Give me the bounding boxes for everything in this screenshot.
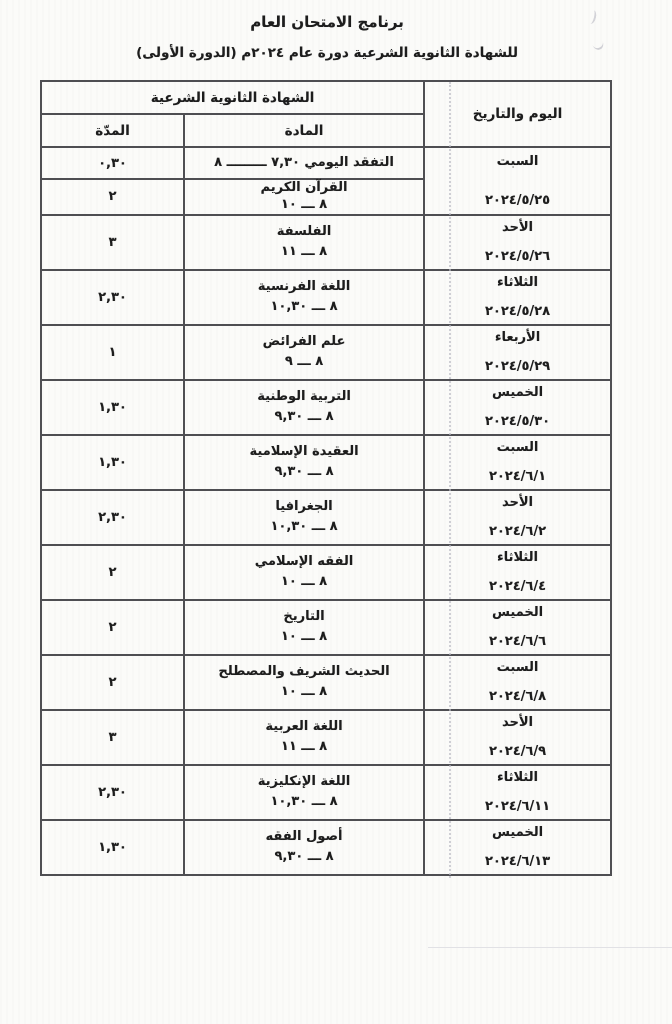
day-date-cell: الأربعاء٢٠٢٤/٥/٢٩ (424, 325, 611, 380)
subject-name: اللغة العربية (185, 719, 423, 735)
subject-cell: القرآن الكريم٨ ـــ ١٠ (184, 179, 424, 215)
table-row: الخميس٢٠٢٤/٥/٣٠التربية الوطنية٨ ـــ ٩,٣٠… (41, 380, 611, 435)
subject-name: علم الفرائض (185, 334, 423, 350)
table-row: الخميس٢٠٢٤/٦/٦التاريخ٨ ـــ ١٠٢ (41, 600, 611, 655)
duration-cell: ٠,٣٠ (41, 147, 184, 179)
table-row: الأحد٢٠٢٤/٦/٢الجغرافيا٨ ـــ ١٠,٣٠٢,٣٠ (41, 490, 611, 545)
exam-time: ٨ ـــ ١١ (185, 244, 423, 260)
day-name: الأحد (425, 715, 610, 730)
date-value: ٢٠٢٤/٦/٩ (425, 744, 610, 759)
subject-cell: الفلسفة٨ ـــ ١١ (184, 215, 424, 270)
date-value: ٢٠٢٤/٦/٢ (425, 524, 610, 539)
day-name: الخميس (425, 605, 610, 620)
header-subject: المادة (184, 114, 424, 147)
duration-cell: ١,٣٠ (41, 380, 184, 435)
table-row: الأحد٢٠٢٤/٥/٢٦الفلسفة٨ ـــ ١١٣ (41, 215, 611, 270)
day-name: الأحد (425, 220, 610, 235)
exam-time: ٨ ـــ ٩ (185, 354, 423, 370)
header-duration: المدّة (41, 114, 184, 147)
day-name: السبت (425, 440, 610, 455)
table-row: الثلاثاء٢٠٢٤/٦/١١اللغة الإنكليزية٨ ـــ ١… (41, 765, 611, 820)
subject-cell: اللغة الفرنسية٨ ـــ ١٠,٣٠ (184, 270, 424, 325)
subject-name: الحديث الشريف والمصطلح (185, 664, 423, 680)
exam-time: ٨ ـــ ٩,٣٠ (185, 849, 423, 865)
day-name: الخميس (425, 825, 610, 840)
duration-cell: ٢ (41, 655, 184, 710)
table-row: الأحد٢٠٢٤/٦/٩اللغة العربية٨ ـــ ١١٣ (41, 710, 611, 765)
day-date-cell: الخميس٢٠٢٤/٥/٣٠ (424, 380, 611, 435)
table-row: السبت٢٠٢٤/٦/٨الحديث الشريف والمصطلح٨ ـــ… (41, 655, 611, 710)
table-row: الأربعاء٢٠٢٤/٥/٢٩علم الفرائض٨ ـــ ٩١ (41, 325, 611, 380)
subject-name: الجغرافيا (185, 499, 423, 515)
day-name: الثلاثاء (425, 275, 610, 290)
document-title: برنامج الامتحان العام (42, 13, 612, 31)
subject-name: الفلسفة (185, 224, 423, 240)
day-date-cell: الخميس٢٠٢٤/٦/١٣ (424, 820, 611, 875)
header-row-top: اليوم والتاريخ الشهادة الثانوية الشرعية (41, 81, 611, 114)
duration-cell: ١,٣٠ (41, 435, 184, 490)
duration-cell: ٣ (41, 215, 184, 270)
date-value: ٢٠٢٤/٦/١١ (425, 799, 610, 814)
subject-cell: اللغة الإنكليزية٨ ـــ ١٠,٣٠ (184, 765, 424, 820)
scan-stray-line-artifact (428, 947, 672, 948)
exam-time: ٨ ـــ ١٠ (185, 684, 423, 700)
duration-cell: ٢ (41, 545, 184, 600)
subject-name: اللغة الإنكليزية (185, 774, 423, 790)
day-date-cell: الخميس٢٠٢٤/٦/٦ (424, 600, 611, 655)
table-row: الخميس٢٠٢٤/٦/١٣أصول الفقه٨ ـــ ٩,٣٠١,٣٠ (41, 820, 611, 875)
day-name: السبت (425, 154, 610, 169)
duration-cell: ٢,٣٠ (41, 765, 184, 820)
date-value: ٢٠٢٤/٥/٢٨ (425, 304, 610, 319)
subject-cell: علم الفرائض٨ ـــ ٩ (184, 325, 424, 380)
table-row: الثلاثاء٢٠٢٤/٥/٢٨اللغة الفرنسية٨ ـــ ١٠,… (41, 270, 611, 325)
table-row: الثلاثاء٢٠٢٤/٦/٤الفقه الإسلامي٨ ـــ ١٠٢ (41, 545, 611, 600)
duration-cell: ٢ (41, 600, 184, 655)
exam-time: ٨ ـــ ٩,٣٠ (185, 464, 423, 480)
exam-time: ٨ ـــ ١٠,٣٠ (185, 299, 423, 315)
document-subtitle: للشهادة الثانوية الشرعية دورة عام ٢٠٢٤م … (42, 45, 612, 61)
day-date-cell: السبت٢٠٢٤/٥/٢٥ (424, 147, 611, 215)
subject-cell: اللغة العربية٨ ـــ ١١ (184, 710, 424, 765)
subject-cell: أصول الفقه٨ ـــ ٩,٣٠ (184, 820, 424, 875)
date-value: ٢٠٢٤/٦/١٣ (425, 854, 610, 869)
date-value: ٢٠٢٤/٦/٤ (425, 579, 610, 594)
day-name: السبت (425, 660, 610, 675)
schedule-body: السبت٢٠٢٤/٥/٢٥التفقد اليومي ٧,٣٠ ـــــــ… (41, 147, 611, 875)
subject-name: التربية الوطنية (185, 389, 423, 405)
day-date-cell: السبت٢٠٢٤/٦/٨ (424, 655, 611, 710)
date-value: ٢٠٢٤/٥/٢٥ (425, 193, 610, 208)
day-name: الثلاثاء (425, 550, 610, 565)
scanned-document-page: برنامج الامتحان العام للشهادة الثانوية ا… (0, 0, 672, 1024)
subject-name: اللغة الفرنسية (185, 279, 423, 295)
day-date-cell: الثلاثاء٢٠٢٤/٦/١١ (424, 765, 611, 820)
subject-name: التاريخ (185, 609, 423, 625)
exam-time: ٨ ـــ ٩,٣٠ (185, 409, 423, 425)
day-date-cell: الأحد٢٠٢٤/٦/٩ (424, 710, 611, 765)
date-value: ٢٠٢٤/٥/٣٠ (425, 414, 610, 429)
exam-time: ٨ ـــ ١١ (185, 739, 423, 755)
day-date-cell: السبت٢٠٢٤/٦/١ (424, 435, 611, 490)
header-day-date: اليوم والتاريخ (424, 81, 611, 147)
subject-name: التفقد اليومي ٧,٣٠ ـــــــــ ٨ (185, 155, 423, 171)
day-date-cell: الأحد٢٠٢٤/٦/٢ (424, 490, 611, 545)
subject-cell: الفقه الإسلامي٨ ـــ ١٠ (184, 545, 424, 600)
day-name: الأحد (425, 495, 610, 510)
exam-time: ٨ ـــ ١٠ (185, 629, 423, 645)
exam-schedule-table: اليوم والتاريخ الشهادة الثانوية الشرعية … (40, 80, 612, 876)
date-value: ٢٠٢٤/٦/١ (425, 469, 610, 484)
subject-name: أصول الفقه (185, 829, 423, 845)
subject-name: العقيدة الإسلامية (185, 444, 423, 460)
subject-name: القرآن الكريم (185, 180, 423, 196)
duration-cell: ٣ (41, 710, 184, 765)
duration-cell: ٢,٣٠ (41, 270, 184, 325)
day-name: الأربعاء (425, 330, 610, 345)
exam-time: ٨ ـــ ١٠,٣٠ (185, 794, 423, 810)
day-date-cell: الثلاثاء٢٠٢٤/٥/٢٨ (424, 270, 611, 325)
date-value: ٢٠٢٤/٥/٢٦ (425, 249, 610, 264)
table-header: اليوم والتاريخ الشهادة الثانوية الشرعية … (41, 81, 611, 147)
subject-cell: العقيدة الإسلامية٨ ـــ ٩,٣٠ (184, 435, 424, 490)
header-certificate: الشهادة الثانوية الشرعية (41, 81, 424, 114)
day-date-cell: الثلاثاء٢٠٢٤/٦/٤ (424, 545, 611, 600)
date-value: ٢٠٢٤/٦/٨ (425, 689, 610, 704)
day-name: الثلاثاء (425, 770, 610, 785)
subject-cell: التربية الوطنية٨ ـــ ٩,٣٠ (184, 380, 424, 435)
subject-cell: التاريخ٨ ـــ ١٠ (184, 600, 424, 655)
duration-cell: ١,٣٠ (41, 820, 184, 875)
day-date-cell: الأحد٢٠٢٤/٥/٢٦ (424, 215, 611, 270)
duration-cell: ٢ (41, 179, 184, 215)
exam-time: ٨ ـــ ١٠ (185, 574, 423, 590)
table-row: السبت٢٠٢٤/٦/١العقيدة الإسلامية٨ ـــ ٩,٣٠… (41, 435, 611, 490)
duration-cell: ٢,٣٠ (41, 490, 184, 545)
exam-time: ٨ ـــ ١٠,٣٠ (185, 519, 423, 535)
duration-cell: ١ (41, 325, 184, 380)
date-value: ٢٠٢٤/٦/٦ (425, 634, 610, 649)
table-row: السبت٢٠٢٤/٥/٢٥التفقد اليومي ٧,٣٠ ـــــــ… (41, 147, 611, 179)
subject-cell: التفقد اليومي ٧,٣٠ ـــــــــ ٨ (184, 147, 424, 179)
exam-time: ٨ ـــ ١٠ (185, 197, 423, 213)
subject-cell: الحديث الشريف والمصطلح٨ ـــ ١٠ (184, 655, 424, 710)
subject-cell: الجغرافيا٨ ـــ ١٠,٣٠ (184, 490, 424, 545)
day-name: الخميس (425, 385, 610, 400)
subject-name: الفقه الإسلامي (185, 554, 423, 570)
date-value: ٢٠٢٤/٥/٢٩ (425, 359, 610, 374)
